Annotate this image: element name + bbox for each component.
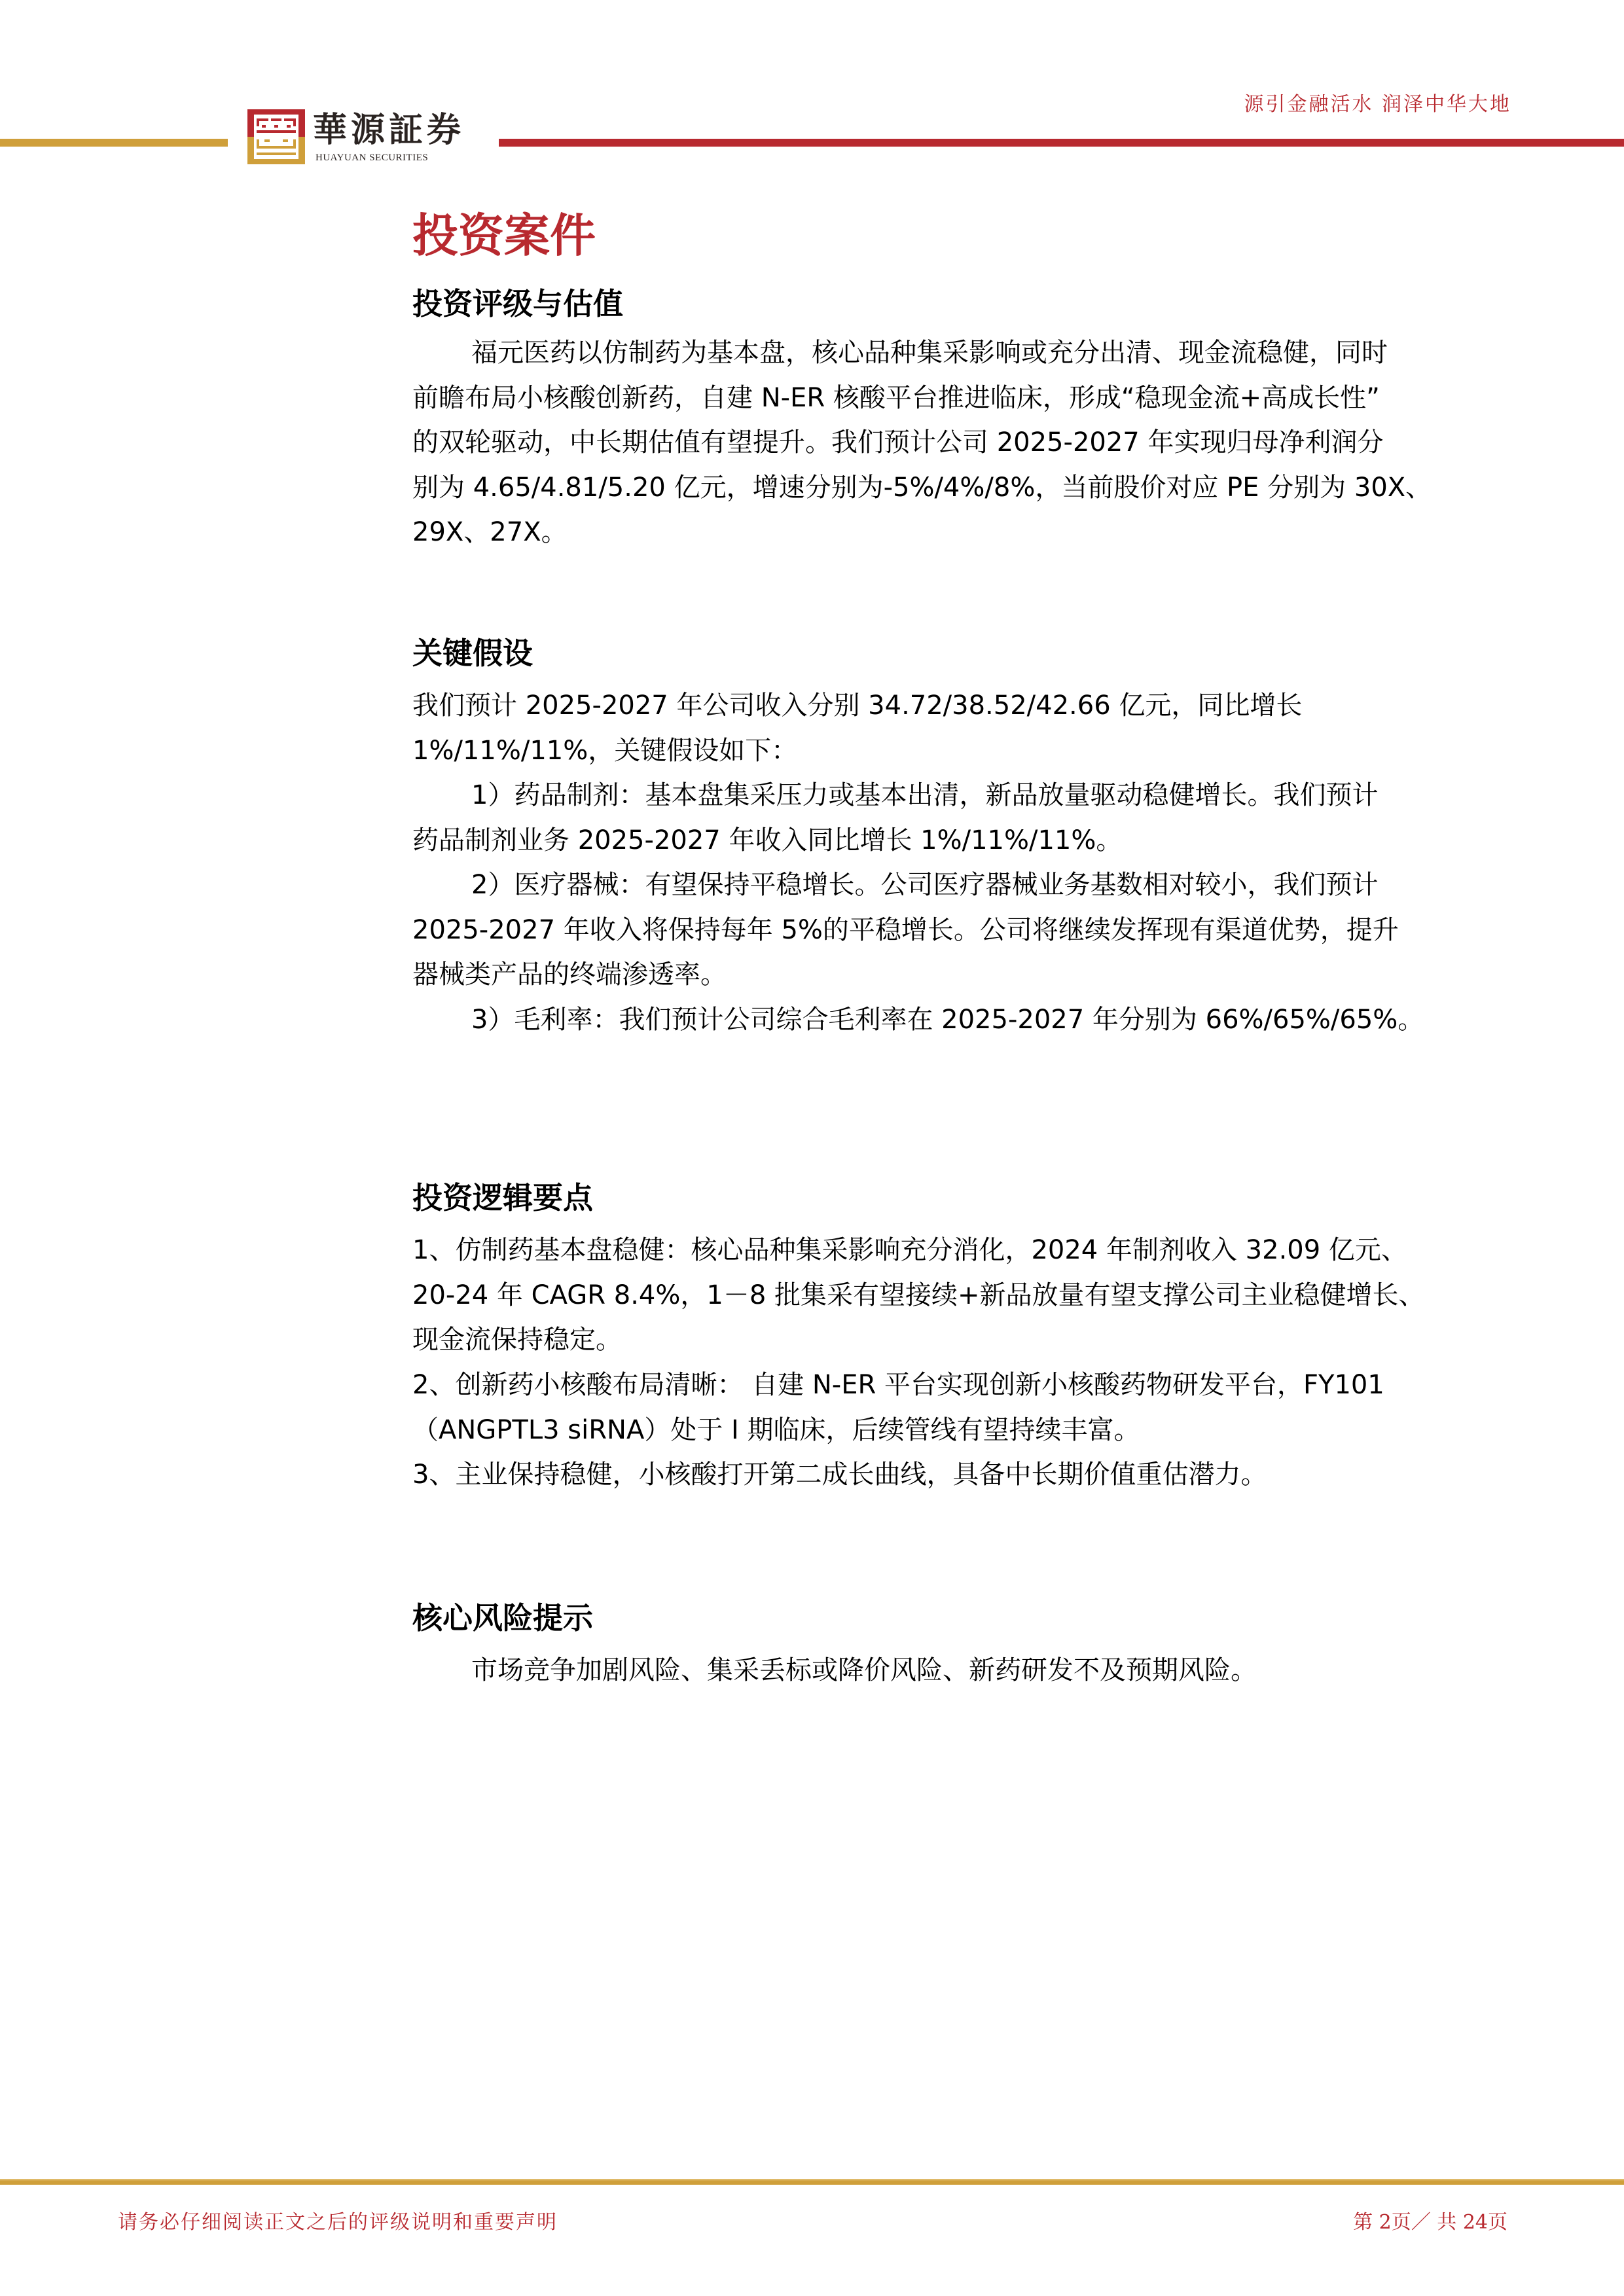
logic-item-sirna: 2、创新药小核酸布局清晰： 自建 N-ER 平台实现创新小核酸药物研发平台，FY…	[412, 1363, 1512, 1452]
header-red-rule	[499, 139, 1624, 147]
section-title-investment-logic: 投资逻辑要点	[412, 1179, 593, 1216]
text-line: 2、创新药小核酸布局清晰： 自建 N-ER 平台实现创新小核酸药物研发平台，FY…	[412, 1363, 1512, 1408]
assumption-item-pharma: 1）药品制剂：基本盘集采压力或基本出清，新品放量驱动稳健增长。我们预计 药品制剂…	[412, 773, 1512, 863]
header-slogan: 源引金融活水 润泽中华大地	[1244, 88, 1511, 117]
text-line: 市场竞争加剧风险、集采丢标或降价风险、新药研发不及预期风险。	[412, 1648, 1512, 1693]
footer-disclaimer: 请务必仔细阅读正文之后的评级说明和重要声明	[118, 2206, 558, 2234]
text-line: 3）毛利率：我们预计公司综合毛利率在 2025-2027 年分别为 66%/65…	[412, 997, 1512, 1043]
paragraph-core-risks: 市场竞争加剧风险、集采丢标或降价风险、新药研发不及预期风险。	[412, 1648, 1512, 1693]
text-line: 现金流保持稳定。	[412, 1318, 1512, 1363]
section-title-rating-valuation: 投资评级与估值	[412, 285, 623, 322]
logo-english-name: HUAYUAN SECURITIES	[316, 152, 428, 164]
logic-item-second-curve: 3、主业保持稳健，小核酸打开第二成长曲线，具备中长期价值重估潜力。	[412, 1452, 1512, 1498]
text-line: 福元医药以仿制药为基本盘，核心品种集采影响或充分出清、现金流稳健，同时	[412, 331, 1512, 376]
text-line: 器械类产品的终端渗透率。	[412, 952, 1512, 997]
text-line: 我们预计 2025-2027 年公司收入分别 34.72/38.52/42.66…	[412, 683, 1512, 728]
text-line: 1、仿制药基本盘稳健：核心品种集采影响充分消化，2024 年制剂收入 32.09…	[412, 1228, 1512, 1273]
logo-chinese-name: 華源証券	[313, 112, 465, 149]
text-line: 的双轮驱动，中长期估值有望提升。我们预计公司 2025-2027 年实现归母净利…	[412, 420, 1512, 465]
text-line: 前瞻布局小核酸创新药，自建 N-ER 核酸平台推进临床，形成“稳现金流+高成长性…	[412, 376, 1512, 421]
company-logo: 華源証券 HUAYUAN SECURITIES	[247, 108, 483, 167]
text-line: （ANGPTL3 siRNA）处于 I 期临床，后续管线有望持续丰富。	[412, 1408, 1512, 1453]
text-line: 20-24 年 CAGR 8.4%，1－8 批集采有望接续+新品放量有望支撑公司…	[412, 1273, 1512, 1318]
text-line: 1%/11%/11%，关键假设如下：	[412, 728, 1512, 774]
text-line: 3、主业保持稳健，小核酸打开第二成长曲线，具备中长期价值重估潜力。	[412, 1452, 1512, 1498]
section-title-core-risks: 核心风险提示	[412, 1600, 593, 1636]
header-gold-rule	[0, 139, 228, 147]
text-line: 29X、27X。	[412, 510, 1512, 555]
paragraph-assumptions-intro: 我们预计 2025-2027 年公司收入分别 34.72/38.52/42.66…	[412, 683, 1512, 773]
text-line: 2）医疗器械：有望保持平稳增长。公司医疗器械业务基数相对较小，我们预计	[412, 863, 1512, 908]
text-line: 别为 4.65/4.81/5.20 亿元，增速分别为-5%/4%/8%，当前股价…	[412, 465, 1512, 511]
text-line: 药品制剂业务 2025-2027 年收入同比增长 1%/11%/11%。	[412, 818, 1512, 863]
footer-gold-rule	[0, 2179, 1624, 2185]
assumption-item-devices: 2）医疗器械：有望保持平稳增长。公司医疗器械业务基数相对较小，我们预计 2025…	[412, 863, 1512, 997]
logo-emblem-icon	[247, 109, 305, 164]
page-title: 投资案件	[412, 208, 596, 263]
logic-item-generics: 1、仿制药基本盘稳健：核心品种集采影响充分消化，2024 年制剂收入 32.09…	[412, 1228, 1512, 1363]
section-title-key-assumptions: 关键假设	[412, 635, 533, 672]
page-indicator: 第 2页／ 共 24页	[1353, 2206, 1507, 2234]
assumption-item-gross-margin: 3）毛利率：我们预计公司综合毛利率在 2025-2027 年分别为 66%/65…	[412, 997, 1512, 1043]
text-line: 1）药品制剂：基本盘集采压力或基本出清，新品放量驱动稳健增长。我们预计	[412, 773, 1512, 818]
paragraph-rating-valuation: 福元医药以仿制药为基本盘，核心品种集采影响或充分出清、现金流稳健，同时 前瞻布局…	[412, 331, 1512, 555]
text-line: 2025-2027 年收入将保持每年 5%的平稳增长。公司将继续发挥现有渠道优势…	[412, 908, 1512, 953]
